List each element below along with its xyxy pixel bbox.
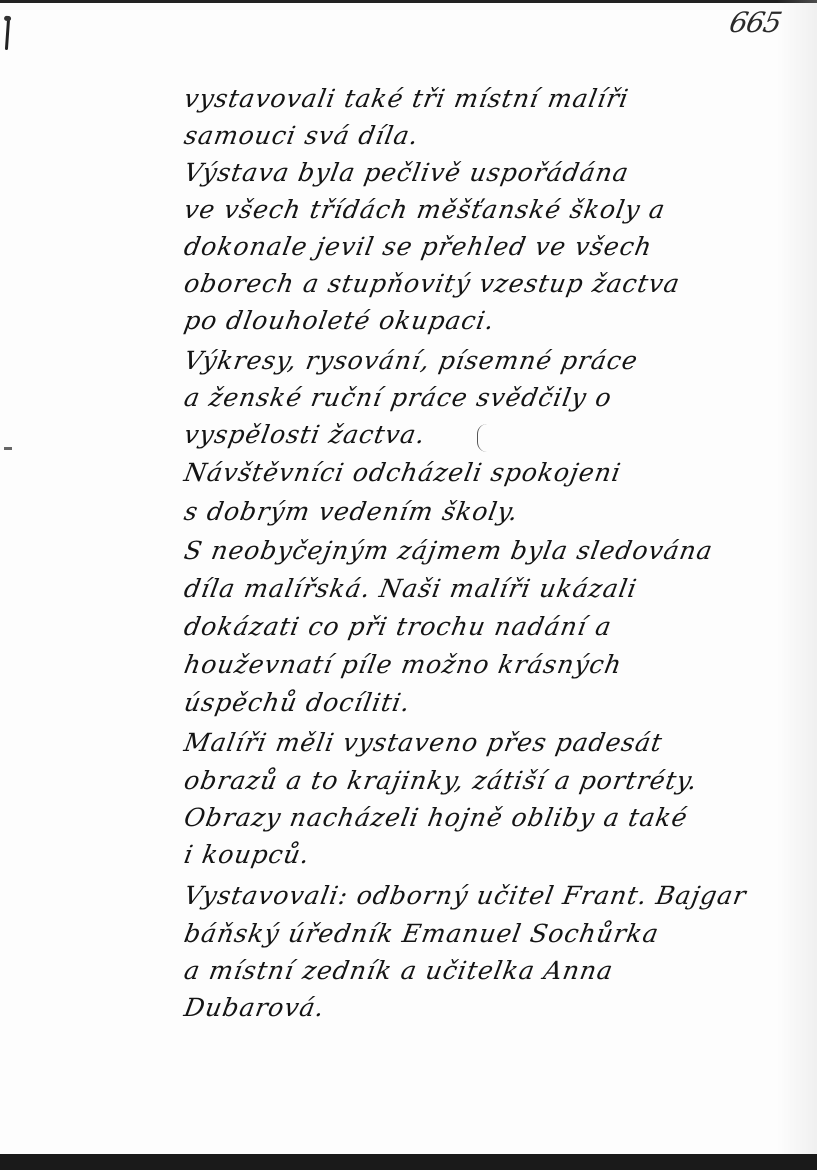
text-line: Výstava byla pečlivě uspořádána xyxy=(182,158,631,187)
scan-top-edge xyxy=(0,0,817,3)
margin-hole-mark xyxy=(4,447,12,450)
text-line: S neobyčejným zájmem byla sledována xyxy=(182,536,715,565)
margin-ink-mark xyxy=(5,18,10,50)
text-line: a místní zedník a učitelka Anna xyxy=(182,956,616,985)
text-line: ve všech třídách měšťanské školy a xyxy=(182,195,668,224)
text-line: vyspělosti žactva. xyxy=(182,420,428,449)
text-line: obrazů a to krajinky, zátiší a portréty. xyxy=(182,766,700,795)
text-line: i koupců. xyxy=(182,840,312,869)
text-line: báňský úředník Emanuel Sochůrka xyxy=(182,919,661,948)
text-line: Dubarová. xyxy=(182,993,327,1022)
page-number: 665 xyxy=(726,6,783,39)
text-line: Návštěvníci odcházeli spokojeni xyxy=(182,458,624,487)
text-line: vystavovali také tři místní malíři xyxy=(182,84,631,113)
text-line: díla malířská. Naši malíři ukázali xyxy=(182,574,640,603)
text-line: houževnatí píle možno krásných xyxy=(182,650,624,679)
text-line: Vystavovali: odborný učitel Frant. Bajga… xyxy=(182,881,749,910)
text-line: dokázati co při trochu nadání a xyxy=(182,612,614,641)
text-line: po dlouholeté okupaci. xyxy=(182,306,497,335)
text-line: a ženské ruční práce svědčily o xyxy=(182,383,614,412)
scan-edge-shading xyxy=(777,0,817,1154)
stray-pencil-mark xyxy=(477,424,488,452)
text-line: Obrazy nacházeli hojně obliby a také xyxy=(182,803,690,832)
text-line: s dobrým vedením školy. xyxy=(182,497,521,526)
text-line: dokonale jevil se přehled ve všech xyxy=(182,232,655,261)
text-line: samouci svá díla. xyxy=(182,121,421,150)
text-line: oborech a stupňovitý vzestup žactva xyxy=(182,269,682,298)
text-line: Malíři měli vystaveno přes padesát xyxy=(182,728,665,757)
text-line: úspěchů docíliti. xyxy=(182,688,413,717)
scan-bottom-edge xyxy=(0,1154,817,1170)
document-page: 665 vystavovali také tři místní malíři s… xyxy=(0,0,817,1170)
text-line: Výkresy, rysování, písemné práce xyxy=(182,346,641,375)
